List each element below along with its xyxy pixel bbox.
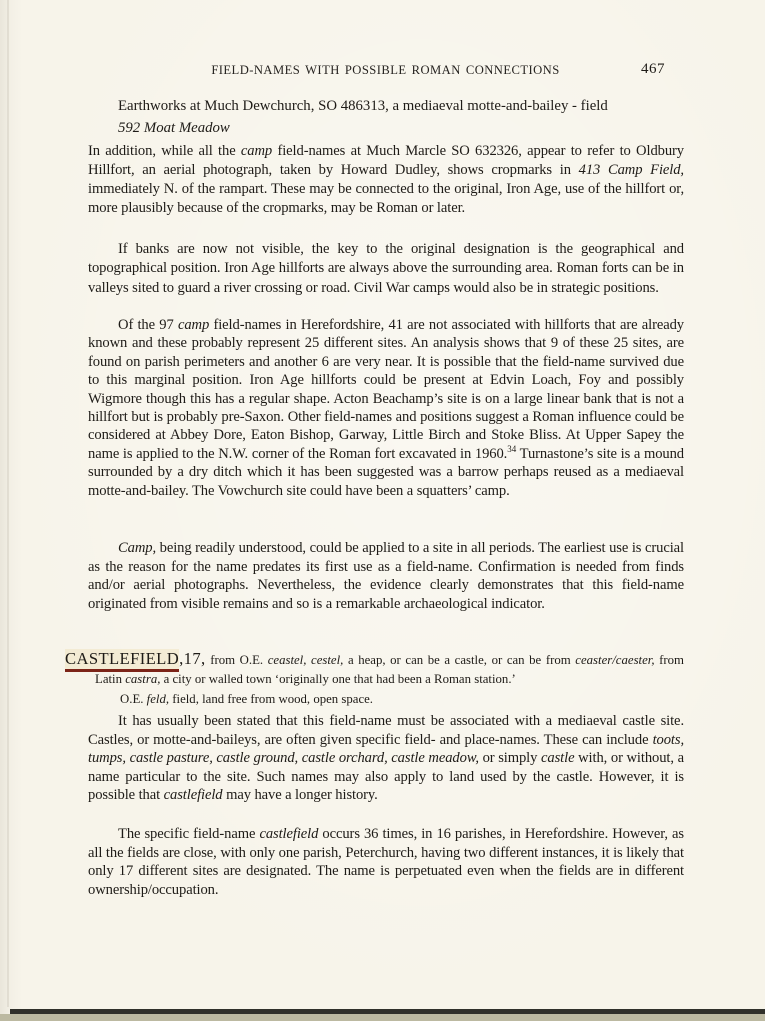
running-head: FIELD-NAMES WITH POSSIBLE ROMAN CONNECTI…: [88, 63, 683, 83]
page-left-crease: [7, 0, 9, 1007]
castlefield-entry-heading: CASTLEFIELD,17, from O.E. ceastel, ceste…: [65, 651, 684, 688]
scan-bottom-edge-olive-band: [0, 1014, 765, 1021]
paragraph-in-addition: In addition, while all the camp field-na…: [88, 142, 684, 218]
scanned-book-page: FIELD-NAMES WITH POSSIBLE ROMAN CONNECTI…: [0, 0, 765, 1021]
castlefield-entry-gloss: O.E. feld, field, land free from wood, o…: [120, 690, 680, 708]
running-head-title: FIELD-NAMES WITH POSSIBLE ROMAN CONNECTI…: [88, 63, 683, 78]
paragraph-of-the-97-camp: Of the 97 camp field-names in Herefordsh…: [88, 316, 684, 500]
paragraph-it-has-usually: It has usually been stated that this fie…: [88, 712, 684, 805]
paragraph-specific-field-name: The specific field-name castlefield occu…: [88, 825, 684, 899]
reference-quote-line-1: Earthworks at Much Dewchurch, SO 486313,…: [118, 96, 684, 117]
reference-quote-line-2: 592 Moat Meadow: [118, 118, 684, 139]
paragraph-if-banks: If banks are now not visible, the key to…: [88, 240, 684, 298]
page-number: 467: [641, 61, 665, 78]
paragraph-camp-readily-understood: Camp, being readily understood, could be…: [88, 539, 684, 613]
